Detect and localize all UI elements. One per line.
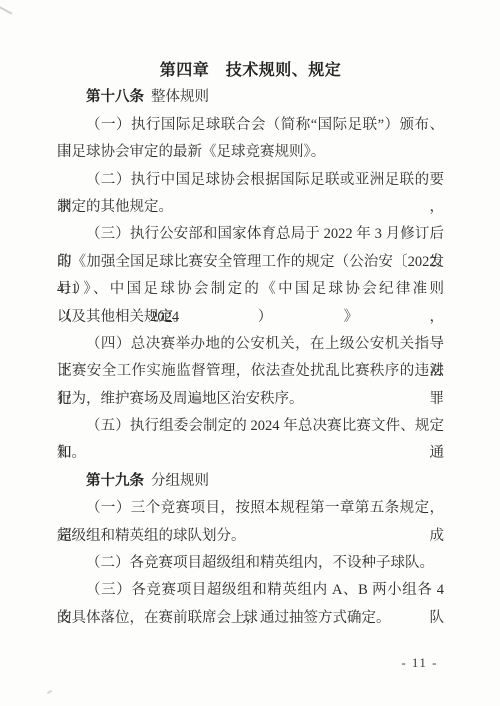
chapter-heading: 第四章 技术规则、规定 [57,57,444,84]
text-line: （一）三个竞赛项目，按照本规程第一章第五条规定，完成 [57,495,444,522]
document-page: 第四章 技术规则、规定 第十八条整体规则（一）执行国际足球联合会（简称“国际足联… [0,0,500,706]
article-number: 第十八条 [86,89,144,105]
article-19-heading: 第十九条分组规则 [57,468,444,495]
text-line: 比赛安全工作实施监督管理，依法查处扰乱比赛秩序的违法犯罪 [57,358,444,385]
text-line: （五）执行组委会制定的 2024 年总决赛比赛文件、规定和通 [57,413,444,440]
text-line: 的《加强全国足球比赛安全管理工作的规定（公治安〔2022〕411 [57,249,444,276]
article-number: 第十九条 [86,473,144,489]
body-lines: 第十八条整体规则（一）执行国际足球联合会（简称“国际足联”）颁布、中国足球协会审… [57,84,444,632]
text-line: 号）》、中国足球协会制定的《中国足球协会纪律准则（2024）》， [57,276,444,303]
scan-artifact-top-left [0,5,12,14]
text-line: （三）执行公安部和国家体育总局于 2022 年 3 月修订后印发 [57,221,444,248]
text-line: （四）总决赛举办地的公安机关，在上级公安机关指导下对 [57,331,444,358]
article-18-heading: 第十八条整体规则 [57,84,444,111]
text-line: （二）执行中国足球协会根据国际足联或亚洲足联的要求， [57,167,444,194]
text-line: （三）各竞赛项目超级组和精英组内 A、B 两小组各 4 支球队 [57,577,444,604]
document-body: 第四章 技术规则、规定 第十八条整体规则（一）执行国际足球联合会（简称“国际足联… [57,57,444,632]
text-line: 国足球协会审定的最新《足球竞赛规则》。 [57,139,444,166]
page-number: - 11 - [401,655,438,671]
scan-artifact-bottom-left [47,690,52,694]
text-line: 的具体落位，在赛前联席会上，通过抽签方式确定。 [57,605,444,632]
article-title: 整体规则 [151,89,209,105]
text-line: （一）执行国际足球联合会（简称“国际足联”）颁布、中 [57,112,444,139]
text-line: （二）各竞赛项目超级组和精英组内，不设种子球队。 [57,550,444,577]
article-title: 分组规则 [151,473,209,489]
